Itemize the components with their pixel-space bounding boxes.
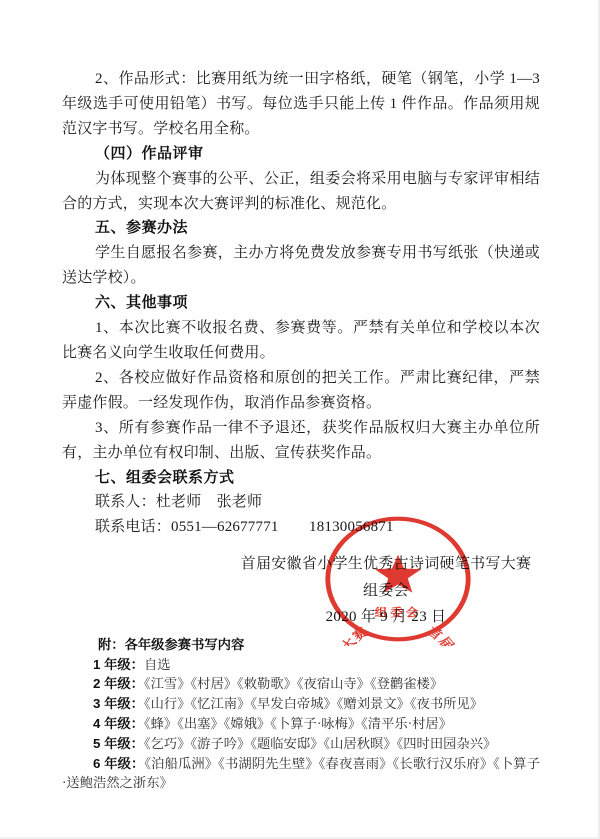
document-body: 2、作品形式：比赛用纸为统一田字格纸，硬笔（钢笔，小学 1—3 年级选手可使用铅…	[62, 67, 540, 793]
section-heading-contact: 七、组委会联系方式	[62, 466, 540, 491]
seal-ring-text: 首届安徽省小学生优秀古诗词硬笔书写大赛	[328, 623, 468, 646]
grade-label: 3 年级：	[93, 696, 144, 711]
grade-label: 5 年级：	[93, 736, 144, 751]
attachment-item-grade2: 2 年级：《江雪》《村居》《敕勒歌》《夜宿山寺》《登鹳雀楼》	[62, 674, 540, 694]
paragraph-other-1: 1、本次比赛不收报名费、参赛费等。严禁有关单位和学校以本次比赛名义向学生收取任何…	[62, 316, 540, 366]
grade-content: 《江雪》《村居》《敕勒歌》《夜宿山寺》《登鹳雀楼》	[144, 676, 443, 691]
seal-bottom-text: 组委会	[375, 606, 422, 619]
section-heading-review: （四）作品评审	[62, 142, 540, 167]
section-heading-other: 六、其他事项	[62, 291, 540, 316]
grade-label: 6 年级：	[93, 756, 144, 771]
section-heading-entry: 五、参赛办法	[62, 216, 540, 241]
official-seal: 首届安徽省小学生优秀古诗词硬笔书写大赛 组委会	[320, 512, 476, 646]
attachment-item-grade4: 4 年级：《蜂》《出塞》《嫦娥》《卜算子·咏梅》《清平乐·村居》	[62, 714, 540, 734]
attachment-item-grade1: 1 年级：自选	[62, 655, 540, 675]
paragraph-other-3: 3、所有参赛作品一律不予退还，获奖作品版权归大赛主办单位所有，主办单位有权印制、…	[62, 416, 540, 466]
grade-label: 2 年级：	[93, 676, 144, 691]
grade-content: 《山行》《忆江南》《早发白帝城》《赠刘景文》《夜书所见》	[144, 696, 483, 711]
paragraph-work-format: 2、作品形式：比赛用纸为统一田字格纸，硬笔（钢笔，小学 1—3 年级选手可使用铅…	[62, 67, 540, 142]
svg-text:首届安徽省小学生优秀古诗词硬笔书写大赛: 首届安徽省小学生优秀古诗词硬笔书写大赛	[328, 623, 468, 646]
seal-star-icon	[375, 555, 421, 593]
grade-content: 自选	[144, 657, 171, 672]
grade-label: 4 年级：	[93, 716, 144, 731]
document-page: 2、作品形式：比赛用纸为统一田字格纸，硬笔（钢笔，小学 1—3 年级选手可使用铅…	[0, 0, 600, 839]
paragraph-other-2: 2、各校应做好作品资格和原创的把关工作。严肃比赛纪律，严禁弄虚作假。一经发现作伪…	[62, 366, 540, 416]
grade-label: 1 年级：	[93, 657, 144, 672]
attachment-item-grade5: 5 年级：《乞巧》《游子吟》《题临安邸》《山居秋暝》《四时田园杂兴》	[62, 734, 540, 754]
attachment-item-grade3: 3 年级：《山行》《忆江南》《早发白帝城》《赠刘景文》《夜书所见》	[62, 694, 540, 714]
grade-content: 《蜂》《出塞》《嫦娥》《卜算子·咏梅》《清平乐·村居》	[144, 716, 452, 731]
attachment-item-grade6: 6 年级：《泊船瓜洲》《书湖阴先生壁》《春夜喜雨》《长歌行汉乐府》《卜算子·送鲍…	[62, 754, 540, 794]
attachment-section: 附：各年级参赛书写内容 1 年级：自选 2 年级：《江雪》《村居》《敕勒歌》《夜…	[62, 635, 540, 793]
paragraph-review-detail: 为体现整个赛事的公平、公正，组委会将采用电脑与专家评审相结合的方式，实现本次大赛…	[62, 167, 540, 217]
grade-content: 《乞巧》《游子吟》《题临安邸》《山居秋暝》《四时田园杂兴》	[144, 736, 496, 751]
paragraph-entry-detail: 学生自愿报名参赛，主办方将免费发放参赛专用书写纸张（快递或送达学校）。	[62, 241, 540, 291]
